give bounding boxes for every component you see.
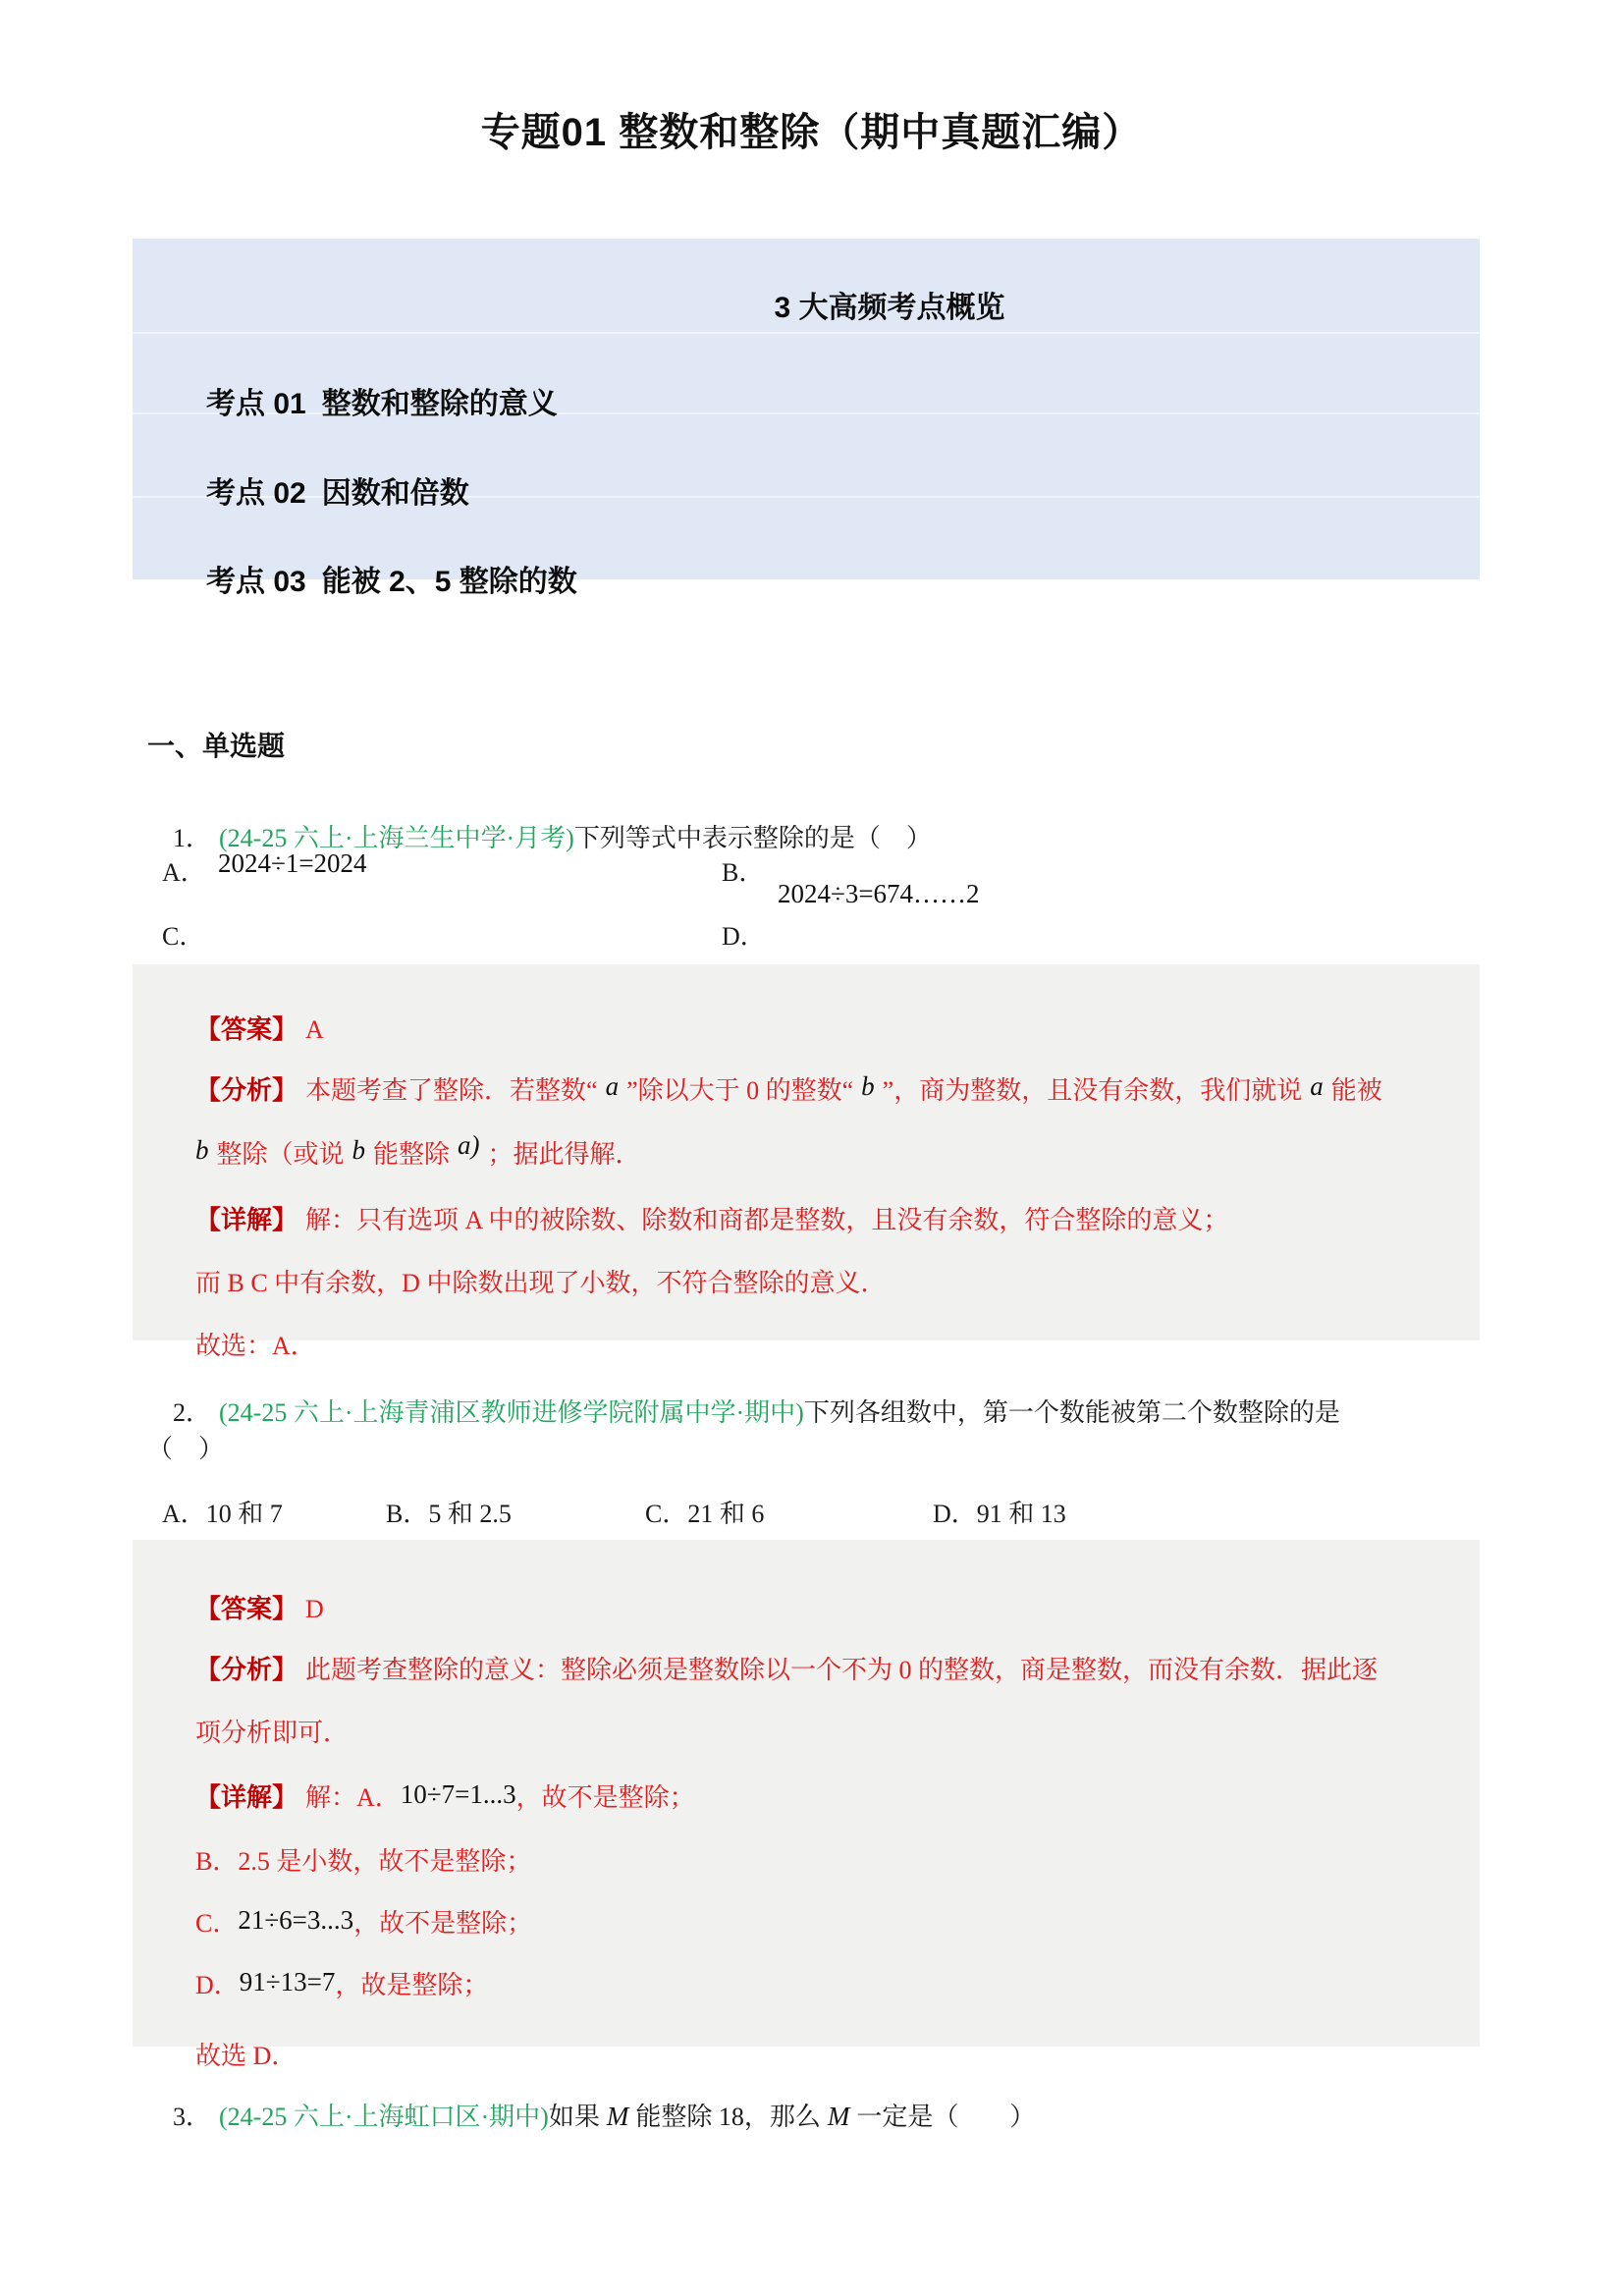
q2-option-d-label: D．	[933, 1500, 977, 1528]
q1-detail-text-1: 解：只有选项 A 中的被除数、除数和商都是整数，且没有余数，符合整除的意义；	[305, 1206, 1228, 1234]
question-2-stem: 下列各组数中，第一个数能被第二个数整除的是	[804, 1398, 1340, 1427]
question-2-stem-line2: （ ）	[147, 1429, 224, 1465]
q1-analysis-line2-seg2: 能整除	[373, 1140, 450, 1169]
q2-option-b-label: B．	[386, 1500, 428, 1528]
section-heading: 一、单选题	[147, 725, 285, 764]
overview-item-1-label: 考点 01	[206, 388, 306, 420]
q2-detail-a-prefix: 解：A．	[305, 1783, 401, 1812]
q2-conclusion-text: 故选 D．	[195, 2042, 297, 2070]
worksheet-page: 专题01 整数和整除（期中真题汇编） 3 大高频考点概览 考点 01整数和整除的…	[0, 0, 1623, 2296]
q2-option-c-text: 21 和 6	[687, 1500, 764, 1528]
overview-box: 3 大高频考点概览 考点 01整数和整除的意义 考点 02因数和倍数 考点 03…	[133, 239, 1480, 579]
analysis-marker: 【分析】	[195, 1076, 298, 1105]
q1-option-b-label: B．	[722, 852, 764, 889]
answer-marker: 【答案】	[195, 1015, 298, 1044]
q2-answer-box: 【答案】D 【分析】此题考查整除的意义：整除必须是整数除以一个不为 0 的整数，…	[133, 1540, 1480, 2047]
question-2-number: 2．	[173, 1398, 211, 1427]
q1-conclusion-text: 故选：A．	[195, 1332, 316, 1360]
q1-analysis-seg1: 本题考查了整除．若整数“	[305, 1076, 598, 1105]
q1-option-a-math: 2024÷1=2024	[218, 848, 1623, 879]
q2-analysis-text-2: 项分析即可．	[195, 1719, 349, 1747]
detail-marker: 【详解】	[195, 1206, 298, 1234]
q1-analysis-seg3: ”，商为整数，且没有余数，我们就说	[883, 1076, 1303, 1105]
question-3-number: 3．	[173, 2103, 211, 2131]
math-var-a: a	[606, 1071, 620, 1101]
q1-analysis-seg4: 能被	[1331, 1076, 1382, 1105]
q2-detail-a-suffix: ，故不是整除；	[516, 1783, 695, 1812]
q1-option-d-label: D．	[722, 916, 766, 953]
math-var-b: b	[861, 1071, 875, 1101]
q2-option-a-text: 10 和 7	[206, 1500, 283, 1528]
math-var-a: a	[1310, 1071, 1324, 1101]
answer-marker: 【答案】	[195, 1595, 298, 1623]
question-3-source: (24-25 六上·上海虹口区·期中)	[219, 2103, 549, 2131]
math-var-b: b	[352, 1135, 366, 1165]
math-var-m: M	[607, 2102, 629, 2131]
analysis-marker: 【分析】	[195, 1656, 298, 1684]
q1-option-a-label: A．	[162, 852, 206, 889]
page-title: 专题01 整数和整除（期中真题汇编）	[0, 101, 1623, 157]
q1-answer-value: A	[305, 1015, 324, 1044]
q2-answer-value: D	[305, 1595, 324, 1623]
question-2-source: (24-25 六上·上海青浦区教师进修学院附属中学·期中)	[219, 1398, 804, 1427]
q1-analysis-seg2: ”除以大于 0 的整数“	[626, 1076, 853, 1105]
q2-detail-c-suffix: ，故不是整除；	[353, 1909, 532, 1938]
q2-option-a-label: A．	[162, 1500, 206, 1528]
question-3: 3．(24-25 六上·上海虹口区·期中)如果M能整除 18，那么M一定是（ ）	[147, 2067, 1035, 2162]
question-3-seg1: 如果	[549, 2103, 600, 2131]
question-2: 2．(24-25 六上·上海青浦区教师进修学院附属中学·期中)下列各组数中，第一…	[147, 1363, 1340, 1458]
math-var-m: M	[828, 2102, 850, 2131]
overview-item-3: 考点 03能被 2、5 整除的数	[157, 523, 577, 633]
q2-detail-d-label: D．	[195, 1971, 240, 1999]
q2-option-d-text: 91 和 13	[977, 1500, 1066, 1528]
q1-option-b-math: 2024÷3=674……2	[778, 879, 1623, 909]
q2-option-c-label: C．	[645, 1500, 687, 1528]
q1-answer-box: 【答案】A 【分析】本题考查了整除．若整数“a”除以大于 0 的整数“b”，商为…	[133, 964, 1480, 1340]
q2-option-d: D．91 和 13	[933, 1494, 1066, 1530]
q2-detail-a-math: 10÷7=1...3	[401, 1779, 516, 1809]
q2-option-b-text: 5 和 2.5	[428, 1500, 512, 1528]
question-1-number: 1．	[173, 824, 211, 852]
overview-item-1-text: 整数和整除的意义	[322, 388, 558, 420]
q2-option-b: B．5 和 2.5	[386, 1494, 512, 1530]
overview-item-3-label: 考点 03	[206, 566, 306, 598]
math-var-a: a)	[458, 1130, 480, 1160]
q2-detail-b-text: B．2.5 是小数，故不是整除；	[195, 1847, 531, 1876]
overview-heading: 3 大高频考点概览	[133, 283, 1480, 326]
math-var-b: b	[195, 1135, 209, 1165]
row-divider	[133, 332, 1480, 334]
overview-item-2-label: 考点 02	[206, 477, 306, 510]
q2-detail-c-math: 21÷6=3...3	[238, 1905, 353, 1935]
q2-detail-d-suffix: ，故是整除；	[335, 1971, 488, 1999]
q2-option-a: A．10 和 7	[162, 1494, 283, 1530]
q1-analysis-line2-seg1: 整除（或说	[217, 1140, 345, 1169]
q2-option-c: C．21 和 6	[645, 1494, 764, 1530]
q2-detail-d-math: 91÷13=7	[240, 1967, 336, 1996]
detail-marker: 【详解】	[195, 1783, 298, 1812]
question-3-seg3: 一定是（ ）	[856, 2103, 1035, 2131]
q1-detail-text-2: 而 B C 中有余数，D 中除数出现了小数，不符合整除的意义．	[195, 1269, 886, 1297]
q2-detail-c-label: C．	[195, 1909, 238, 1938]
q2-analysis-text-1: 此题考查整除的意义：整除必须是整数除以一个不为 0 的整数，商是整数，而没有余数…	[305, 1656, 1378, 1684]
q1-option-c-label: C．	[162, 916, 204, 953]
q1-analysis-line2-seg3: ；据此得解．	[488, 1140, 641, 1169]
question-3-seg2: 能整除 18，那么	[635, 2103, 821, 2131]
overview-item-3-text: 能被 2、5 整除的数	[322, 566, 577, 598]
overview-item-2-text: 因数和倍数	[322, 477, 469, 510]
